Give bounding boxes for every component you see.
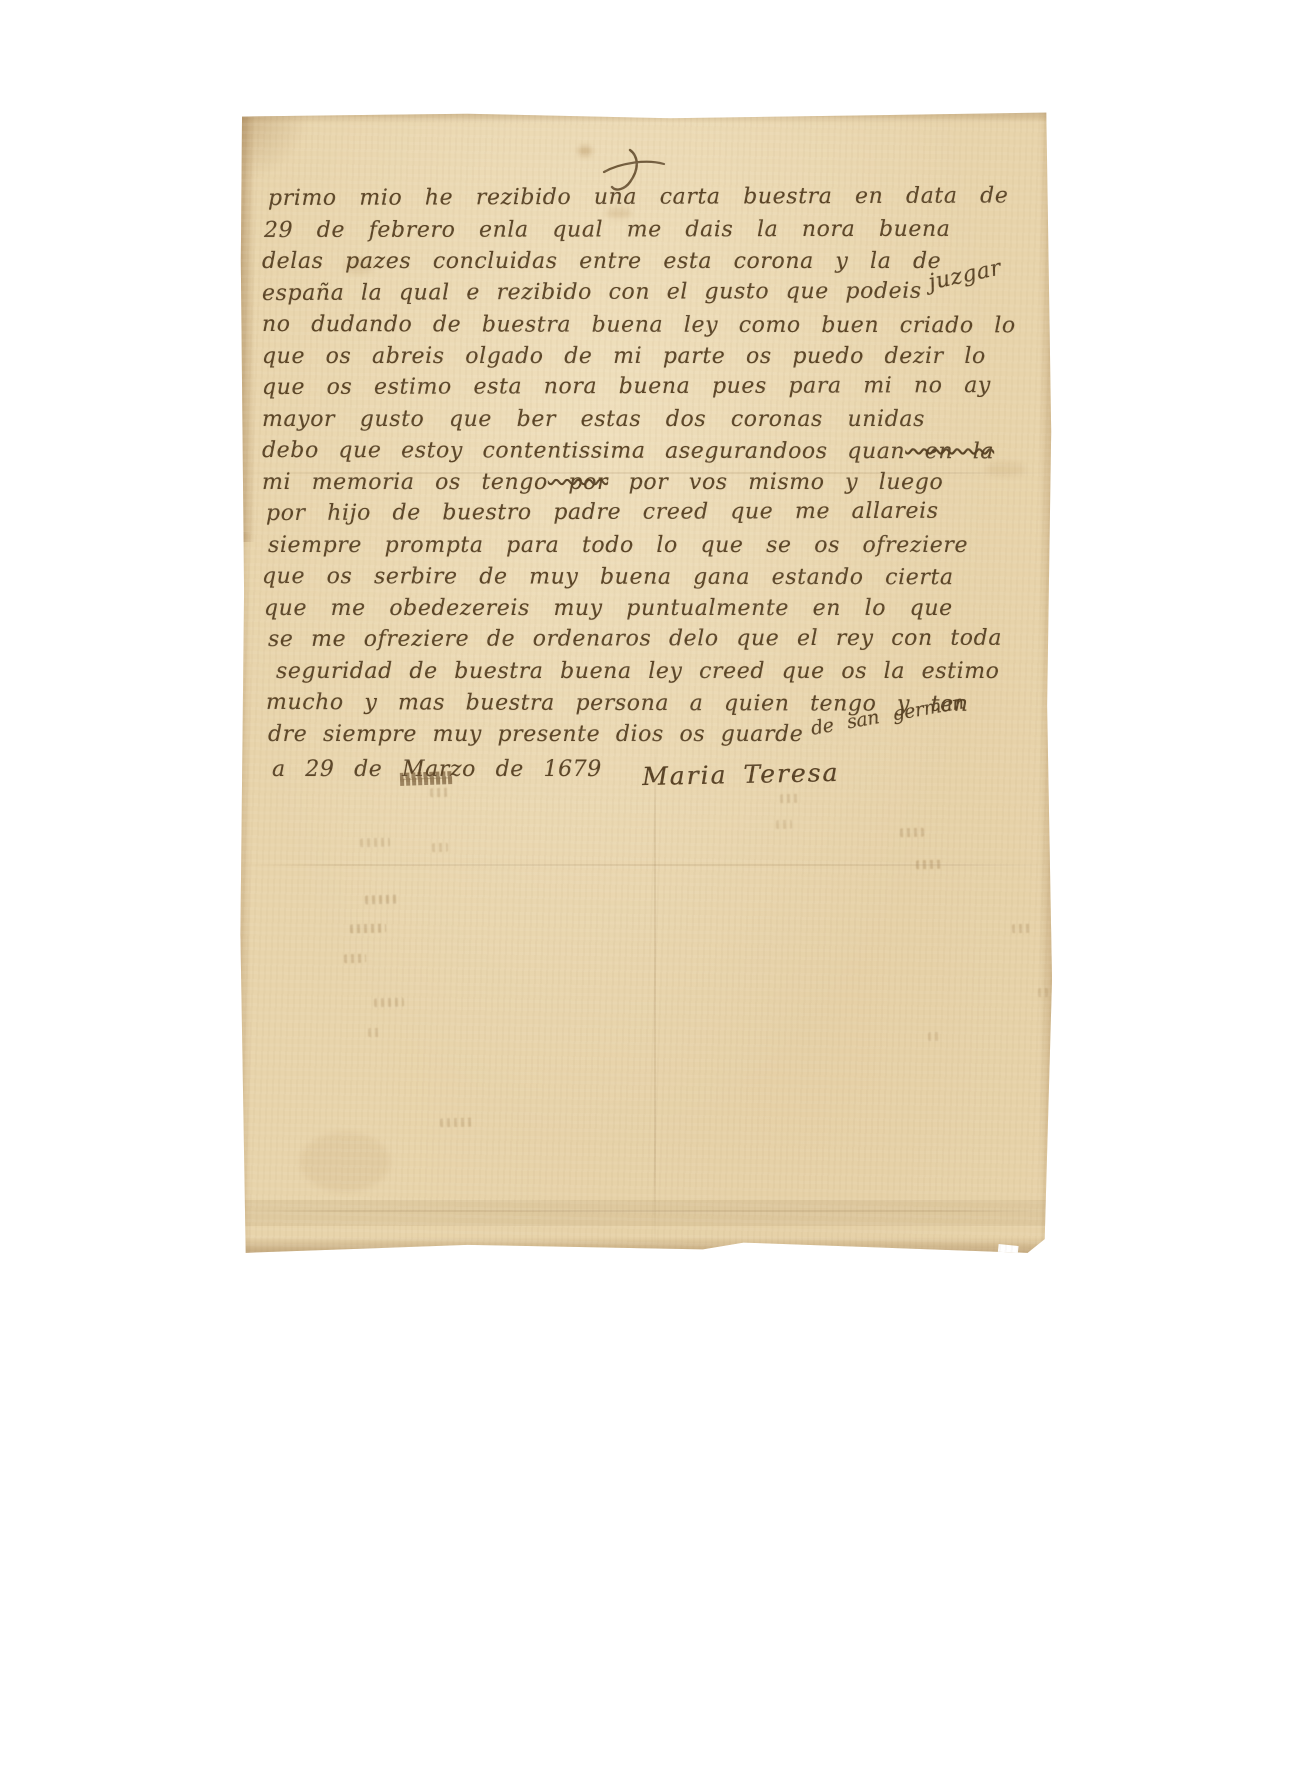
ink-showthrough-mark	[344, 954, 366, 964]
paper-tear-notch	[997, 1244, 1018, 1258]
letter-paper: primo mio he rezibido una carta buestra …	[240, 112, 1052, 1254]
paper-edge-wear-top	[240, 112, 1052, 123]
manuscript-line: seguridad de buestra buena ley creed que…	[276, 656, 1030, 688]
manuscript-line: se me ofreziere de ordenaros delo que el…	[268, 623, 1030, 656]
manuscript-line: delas pazes concluidas entre esta corona…	[262, 246, 1030, 278]
line-text: delas pazes concluidas entre esta corona…	[262, 249, 941, 274]
line-text: no dudando de buestra buena ley como bue…	[262, 312, 1016, 338]
ink-showthrough-mark	[1012, 924, 1030, 933]
manuscript-line: no dudando de buestra buena ley como bue…	[262, 309, 1030, 342]
line-text: que os estimo esta nora buena pues para …	[262, 373, 991, 400]
ink-showthrough-mark	[365, 895, 399, 905]
manuscript-line: primo mio he rezibido una carta buestra …	[268, 180, 1030, 214]
ink-showthrough-mark	[776, 820, 792, 829]
foxing-spot	[578, 146, 592, 156]
ink-scribble	[400, 771, 452, 786]
manuscript-line: que os estimo esta nora buena pues para …	[262, 370, 1030, 404]
ink-showthrough-mark	[432, 843, 448, 852]
ink-showthrough-mark	[374, 998, 404, 1008]
ink-showthrough-mark	[350, 924, 386, 934]
manuscript-line: que os serbire de muy buena gana estando…	[262, 561, 1030, 594]
manuscript-line: dre siempre muy presente dios os guarded…	[268, 719, 1030, 751]
letter-text-block: primo mio he rezibido una carta buestra …	[262, 183, 1030, 786]
line-text: que os abreis olgado de mi parte os pued…	[262, 344, 986, 369]
line-text: dre siempre muy presente dios os guarde	[268, 722, 803, 747]
ink-showthrough-mark	[916, 860, 942, 870]
line-text: siempre prompta para todo lo que se os o…	[268, 533, 968, 558]
line-text: mi memoria os tengo	[262, 470, 548, 495]
ink-showthrough-mark	[368, 1028, 382, 1037]
paper-edge-wear-right	[1039, 112, 1052, 1254]
manuscript-line: siempre prompta para todo lo que se os o…	[268, 530, 1030, 562]
signature: Maria Teresa	[642, 758, 840, 792]
line-text: por vos mismo y luego	[608, 470, 943, 495]
paper-edge-wear-bottom	[240, 1237, 1052, 1254]
line-text: mayor gusto que ber estas dos coronas un…	[262, 407, 925, 432]
line-text: que os serbire de muy buena gana estando…	[262, 564, 954, 590]
ink-showthrough-mark	[900, 828, 924, 838]
manuscript-line: por hijo de buestro padre creed que me a…	[266, 495, 1030, 529]
ink-showthrough-mark	[1038, 988, 1048, 997]
line-text: seguridad de buestra buena ley creed que…	[276, 659, 1000, 684]
manuscript-line: que os abreis olgado de mi parte os pued…	[262, 341, 1030, 373]
line-text: 29 de febrero enla qual me dais la nora …	[264, 216, 951, 242]
scan-background: { "letter": { "kind": "handwritten manus…	[0, 0, 1301, 1784]
ink-showthrough-mark	[780, 794, 800, 804]
manuscript-line: que me obedezereis muy puntualmente en l…	[264, 593, 1030, 625]
paper-corner-wear	[240, 112, 310, 182]
struck-word: por	[548, 470, 608, 495]
struck-word: en la	[905, 439, 994, 464]
line-text: debo que estoy contentissima asegurandoo…	[262, 438, 905, 464]
paper-fold-horizontal-lower	[240, 1210, 1052, 1212]
manuscript-line: 29 de febrero enla qual me dais la nora …	[264, 213, 1030, 246]
manuscript-line: mi memoria os tengo por por vos mismo y …	[262, 467, 1030, 499]
ink-showthrough-mark	[928, 1032, 940, 1041]
manuscript-line: españa la qual e rezibido con el gusto q…	[262, 275, 1030, 309]
foxing-spot	[300, 1132, 390, 1192]
paper-tonal-band	[240, 1200, 1052, 1226]
line-text: que me obedezereis muy puntualmente en l…	[264, 596, 953, 621]
line-text: se me ofreziere de ordenaros delo que el…	[268, 626, 1002, 652]
ink-showthrough-mark	[440, 1118, 474, 1128]
manuscript-line: debo que estoy contentissima asegurandoo…	[262, 435, 1030, 468]
paper-edge-wear-left-lower	[240, 532, 251, 1254]
ink-showthrough-mark	[360, 838, 390, 848]
paper-fold-vertical	[654, 732, 656, 1252]
paper-edge-wear-left	[240, 112, 255, 542]
line-text: por hijo de buestro padre creed que me a…	[266, 499, 939, 526]
ink-showthrough-mark	[430, 788, 450, 798]
line-text: primo mio he rezibido una carta buestra …	[268, 183, 1009, 211]
line-text: españa la qual e rezibido con el gusto q…	[262, 278, 922, 305]
manuscript-line: mayor gusto que ber estas dos coronas un…	[262, 404, 1030, 436]
